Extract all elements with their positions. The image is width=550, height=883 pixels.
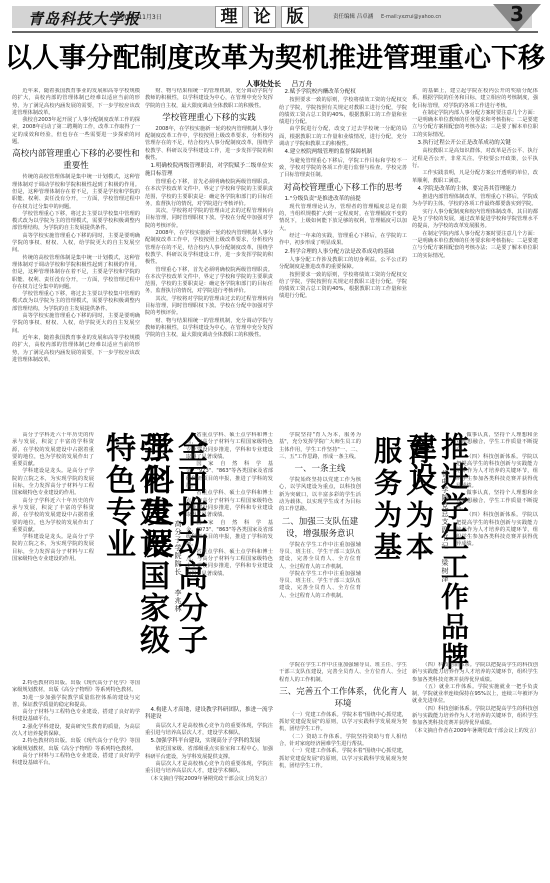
article3-author: 机电学院党总支副书记 梁树泽 (440, 470, 450, 620)
masthead-rule (12, 31, 538, 33)
paragraph: 高校教职工是高知识群体，对改革是否公平、执行过程是否公开，非常关注。学校要公开政… (412, 148, 538, 170)
paragraph: 学科建设是龙头。是高分子学院的立院之本，为实现学院的发展目标，全力发挥高分子材料… (12, 534, 94, 563)
paragraph: 学院在学生工作中注重加强辅导员、班主任、学生干部三支队伍建设，完善全员育人、全方… (279, 542, 361, 571)
article1-headline: 以人事分配制度改革为契机推进管理重心下移 (0, 36, 550, 75)
paragraph: 我校自2003年起开展了人事分配制度改革工作的探索，2008年启动了第二聘期的工… (12, 117, 140, 146)
section-char: 理 (215, 6, 243, 28)
paragraph: 学校管理重心下移，将过去主要以学校集中管理的模式改为以学院为主的管理模式，需要学… (12, 211, 140, 233)
paragraph: （四）科技创新体系。学院以把提高学生的科技创新与实践能力培养作为人才培养的关键环… (456, 454, 538, 490)
subheading: 4.构建人才高地，建设教学科研团队，推进一流学科建设 (145, 707, 273, 722)
paragraph: 在制定学院内部人事分配方案时要注意几个方面：一是明确本单位教师的任务要求和考核指… (412, 231, 538, 260)
paragraph: 省重点学科、硕士点学科和博士点，与高分子材料与工程国家级特色专业建设同步推进，学… (186, 549, 273, 578)
issue-date: 2009年11月3日 (117, 12, 162, 21)
footnote: （本文摘自作者在2009年暑期党政干部会议上的发言） (412, 728, 538, 735)
paragraph: （四）科技创新体系。学院以把提高学生的科技创新与实践能力培养作为人才培养的关键环… (412, 662, 538, 684)
editor-label: 责任编辑 吕卓涵 (333, 14, 373, 20)
byline-role: 人事处处长 (246, 80, 281, 88)
paragraph: 2008年，在学校实施新一轮的校内管理机制人事分配制度改革工作中，学校按照上级改… (145, 230, 273, 266)
author-role: 高分子学院院长 (174, 520, 182, 576)
subheading: 1."分级负责"是推进改革的前提 (279, 196, 407, 203)
section-heading: 三、完善五个工作体系，优化育人环境 (279, 686, 407, 710)
paragraph: 学院在学生工作中注重加强辅导员、班主任、学生干部三支队伍建设，完善全员育人、全方… (279, 662, 407, 684)
article1-column-1: 近年来，随着我国教育事业的发展和高等学校规模的扩大，高校内部的管理体制已经难以适… (12, 88, 140, 418)
paragraph: 近年来，随着我国教育事业的发展和高等学校规模的扩大，高校内部的管理体制已经难以适… (12, 88, 140, 117)
paragraph: （一）党建工作体系。学院本着"围绕中心抓党建，抓好党建促发展"的原则，以学习实践… (279, 748, 407, 770)
paragraph: （一）党建工作体系。学院本着"围绕中心抓党建，抓好党建促发展"的原则，以学习实践… (279, 712, 407, 734)
paragraph: 经过一年来的实践，管理重心下移后，在学院的工作中，初步形成了明显成果。 (279, 233, 407, 248)
section-char: 版 (281, 6, 309, 28)
paragraph: 学科建设是龙头。是高分子学院的立院之本，为实现学院的发展目标，全力发挥高分子材料… (12, 468, 94, 497)
paragraph: 由学院进行分配，改变了过去学校统一分配的局面，根据教职工的工作量和业绩情况，进行… (279, 126, 407, 148)
paragraph: 其次，学校将对学院的管理由过去的过程管理转向目标管理，同时管理职权下放。学校在分… (145, 208, 273, 230)
section-heading: 对高校管理重心下移工作的思考 (279, 182, 407, 194)
paragraph: 在制定学院内部人事分配方案时要注意几个方面：一是明确本单位教师的任务要求和考核指… (412, 110, 538, 139)
byline-name: 吕万舟 (291, 80, 312, 88)
section-heading: 二、加强三支队伍建设，增强服务意识 (279, 516, 361, 540)
author-name: 梁树泽 (441, 559, 449, 583)
author-role: 机电学院党总支副书记 (441, 470, 449, 550)
paragraph: （五）就业工作体系。学院实施就业一把手负责制，学院就业率连续保持在95%以上，连… (412, 684, 538, 706)
paragraph: （四）科技创新体系。学院以把提高学生的科技创新与实践能力培养作为人才培养的关键环… (456, 512, 538, 548)
subheading: 4.学院是改革的主体，要完善其管理能力 (412, 186, 538, 193)
paragraph: 省重点学科、硕士点学科和博士点，与高分子材料与工程国家级特色专业建设同步推进，学… (186, 490, 273, 519)
paragraph: 管理重心下移，首先必须明确校院两级管理职责。在本次学校改革文件中，界定了学校和学… (145, 267, 273, 296)
section-heading: 一、一条主线 (279, 463, 361, 475)
paragraph: 国家自然科学基金、"973"、"863"等各类国家及省部级科研项目的申报，推进了… (186, 520, 273, 549)
paragraph: 2.特色教材的出版。出版《现代高分子化学》等国家级规划教材，出版《高分子物理》等… (12, 680, 140, 695)
paragraph: 传统的高校管理体制是集中统一计划模式，这种管理体制对于调动学校和学院积极性起到了… (12, 255, 140, 291)
paragraph: 近年来，随着我国教育事业的发展和高等学校规模的扩大，高校内部的管理体制已经难以适… (12, 335, 140, 364)
paragraph: 2008年，在学校实施新一轮的校内管理机制人事分配制度改革工作中，学校按照上级改… (145, 126, 273, 162)
paragraph: 实行人事分配制度和校内管理体制改革，其目的都是为了学校的发展，通过改革促进学校和… (412, 209, 538, 231)
paragraph: 高分子材料与工程特色专业建设，搭建了良好的学科建设基础平台。 (12, 753, 140, 768)
article1-column-3: 2.赋予学院校内酬改革分配权 按照要求一致的原则，学校将绩效工资的分配权交给了学… (279, 88, 407, 418)
paragraph: 管理重心下移，首先必须明确校院两级管理职责。在本次学校改革文件中，界定了学校和学… (145, 179, 273, 208)
article2-left-column: 高分子学科近六十年历史的传承与发展，积淀了丰富的学科资源，在学校的发展建设中占据… (12, 432, 94, 620)
paragraph: （二）资助工作体系。学院坚持资助与育人相结合，针对家庭经济困难学生进行帮扶。 (279, 734, 407, 749)
paragraph: 2.特色教材的出版。出版《现代高分子化学》等国家级规划教材，出版《高分子物理》等… (12, 738, 140, 753)
paragraph: 高分子材料与工程特色专业建设，搭建了良好的学科建设基础平台。 (12, 709, 140, 724)
paragraph: 其次，学校将对学院的管理由过去的过程管理转向目标管理，同时管理职权下放。学校在分… (145, 296, 273, 318)
paragraph: 按照要求一致的原则，学校将绩效工资的分配权交给了学院，学院按照有关规定对教职工进… (279, 272, 407, 301)
paragraph: 按照要求一致的原则，学校将绩效工资的分配权交给了学院，学院按照有关规定对教职工进… (279, 97, 407, 126)
paragraph: 高分子学科近六十年历史的传承与发展，积淀了丰富的学科资源，在学校的发展建设中占据… (12, 498, 94, 534)
article1-column-2: 财、物与结果相统一的管理机制，充分调动学院与教师的积极性，以学科建设为中心，在管… (145, 88, 273, 418)
paragraph: 高分子学科近六十年历史的传承与发展，积淀了丰富的学科资源，在学校的发展建设中占据… (12, 432, 94, 468)
article3-bottom-right-column: （四）科技创新体系。学院以把提高学生的科技创新与实践能力培养作为人才培养的关键环… (412, 662, 538, 878)
paragraph: 现代管理理论认为，管理者的管理幅度总是有限的，当组织规模扩大到一定程度时，在管理… (279, 204, 407, 233)
paragraph: 学校管理重心下移，将过去主要以学校集中管理的模式改为以学院为主的管理模式，需要学… (12, 291, 140, 313)
paragraph: 学院坚持"育人为本，服务为基"，充分发挥学院广大师生员工的主体作用，学生工作坚持… (279, 432, 361, 461)
paragraph: 高层次人才是高校核心竞争力的重要体现，学院注重引进与培养高层次人才，建设学术梯队… (145, 761, 273, 776)
section-char: 论 (248, 6, 276, 28)
article2-bottom-right-column: 4.构建人才高地，建设教学科研团队，推进一流学科建设 高层次人才是高校核心竞争力… (145, 706, 273, 878)
subheading: 3.执行过程公开公正是改革成功的关键 (412, 140, 538, 147)
article2-bottom-left-column: 2.特色教材的出版。出版《现代高分子化学》等国家级规划教材，出版《高分子物理》等… (12, 680, 140, 880)
paragraph: 2.强化学科建设，提高研究生教育的质量，为高层次人才培养提供保障。 (12, 724, 140, 739)
page-number: 3 (500, 2, 534, 26)
article2-right-column: 省重点学科、硕士点学科和博士点，与高分子材料与工程国家级特色专业建设同步推进，学… (186, 432, 273, 704)
subheading: 2.赋予学院校内酬改革分配权 (279, 89, 407, 96)
paragraph: 高层次人才是高校核心竞争力的重要体现，学院注重引进与培养高层次人才，建设学术梯队… (145, 723, 273, 738)
paragraph: 推进内部管理体制改革，管理重心下移后，学院成为办学的主体，学校的各项工作最终都要… (412, 194, 538, 209)
editor-email: E-mail:yxzrui@yahoo.cn (381, 14, 441, 20)
article1-column-4: 的基础上，建立起学院在校内公开的奖励分配体系，根据学院的任务和目标，建立相应的考… (412, 88, 538, 418)
editor-info: 责任编辑 吕卓涵 E-mail:yxzrui@yahoo.cn (333, 12, 441, 20)
paragraph: 高等学校实施管理重心下移的同时，主要是要明确学院的事权、财权、人权，给学院更大的… (12, 233, 140, 255)
subheading: 5.加强学科平台建设，实现高分子学科的发展 (145, 738, 273, 745)
section-heading: 高校内部管理重心下移的必要性和重要性 (12, 148, 140, 172)
article2-author: 高分子学院院长 李兆林 (173, 520, 183, 640)
paragraph: 人事分配工作涉及教职工的切身利益，公平公正的分配制度是推进改革的重要保障。 (279, 257, 407, 272)
paragraph: （四）科技创新体系。学院以把提高学生的科技创新与实践能力培养作为人才培养的关键环… (412, 706, 538, 728)
section-heading: 学校管理重心下移的实践 (145, 112, 273, 124)
paragraph: 的基础上，建立起学院在校内公开的奖励分配体系，根据学院的任务和目标，建立相应的考… (412, 88, 538, 110)
section-title: 理 论 版 (215, 6, 309, 28)
paragraph: 财、物与结果相统一的管理机制，充分调动学院与教师的积极性，以学科建设为中心，在管… (145, 318, 273, 340)
paragraph: 依托国家级、省部级重点实验室和工程中心，加强科研平台建设，为学科发展提供支撑。 (145, 746, 273, 761)
paragraph: 学院始终坚持以党建工作为核心，以学风建设为重点，以科技创新为突破口，以丰富多彩的… (279, 477, 361, 513)
paragraph: 省重点学科、硕士点学科和博士点，与高分子材料与工程国家级特色专业建设同步推进，学… (186, 432, 273, 461)
article3-bottom-left-column: 学院在学生工作中注重加强辅导员、班主任、学生干部三支队伍建设，完善全员育人、全方… (279, 662, 407, 878)
paragraph: 做事认真，坚持个人理想和企业理想融合，学生工作质量不断提高。 (456, 432, 538, 454)
author-name: 李兆林 (174, 589, 182, 613)
subheading: 2.科学合理的人事分配方法是改革成功的基础 (279, 249, 407, 256)
article3-right-column: 做事认真，坚持个人理想和企业理想融合，学生工作质量不断提高。 （四）科技创新体系… (456, 432, 538, 662)
paragraph: 财、物与结果相统一的管理机制，充分调动学院与教师的积极性，以学科建设为中心，在管… (145, 88, 273, 110)
paragraph: 国家自然科学基金、"973"、"863"等各类国家及省部级科研项目的申报，推进了… (186, 461, 273, 490)
footnote: （本文摘自学院2009年暑期党政干部会议上的发言） (145, 776, 273, 783)
paragraph: 工作实践表明，凡是分配方案公开透明的单位，改革顺利，教职工满意。 (412, 170, 538, 185)
paragraph: 3)进一步加强学院教学质量监控体系的建设与完善，保证教学质量的稳定和提高。 (12, 695, 140, 710)
paragraph: 传统的高校管理体制是集中统一计划模式，这种管理体制对于调动学校和学院积极性起到了… (12, 174, 140, 210)
paragraph: 为避免管理重心下移后，学院工作目标和学校不一致，学校对学院的各项工作进行监督与检… (279, 158, 407, 180)
masthead: 青岛科技大学报 2009年11月3日 理 论 版 责任编辑 吕卓涵 E-mail… (0, 0, 550, 34)
paragraph: 高等学校实施管理重心下移的同时，主要是要明确学院的事权、财权、人权，给学院更大的… (12, 313, 140, 335)
paragraph: 学院在学生工作中注重加强辅导员、班主任、学生干部三支队伍建设，完善全员育人、全方… (279, 571, 361, 600)
paragraph: 做事认真，坚持个人理想和企业理想融合，学生工作质量不断提高。 (456, 490, 538, 512)
subheading: 1.明确校院两级管理职责，对学院赋予二级单位实施目标管理 (145, 163, 273, 178)
subheading: 4.建立校院两级管理的监督保障机制 (279, 149, 407, 156)
article3-left-column: 学院坚持"育人为本，服务为基"，充分发挥学院广大师生员工的主体作用，学生工作坚持… (279, 432, 361, 632)
